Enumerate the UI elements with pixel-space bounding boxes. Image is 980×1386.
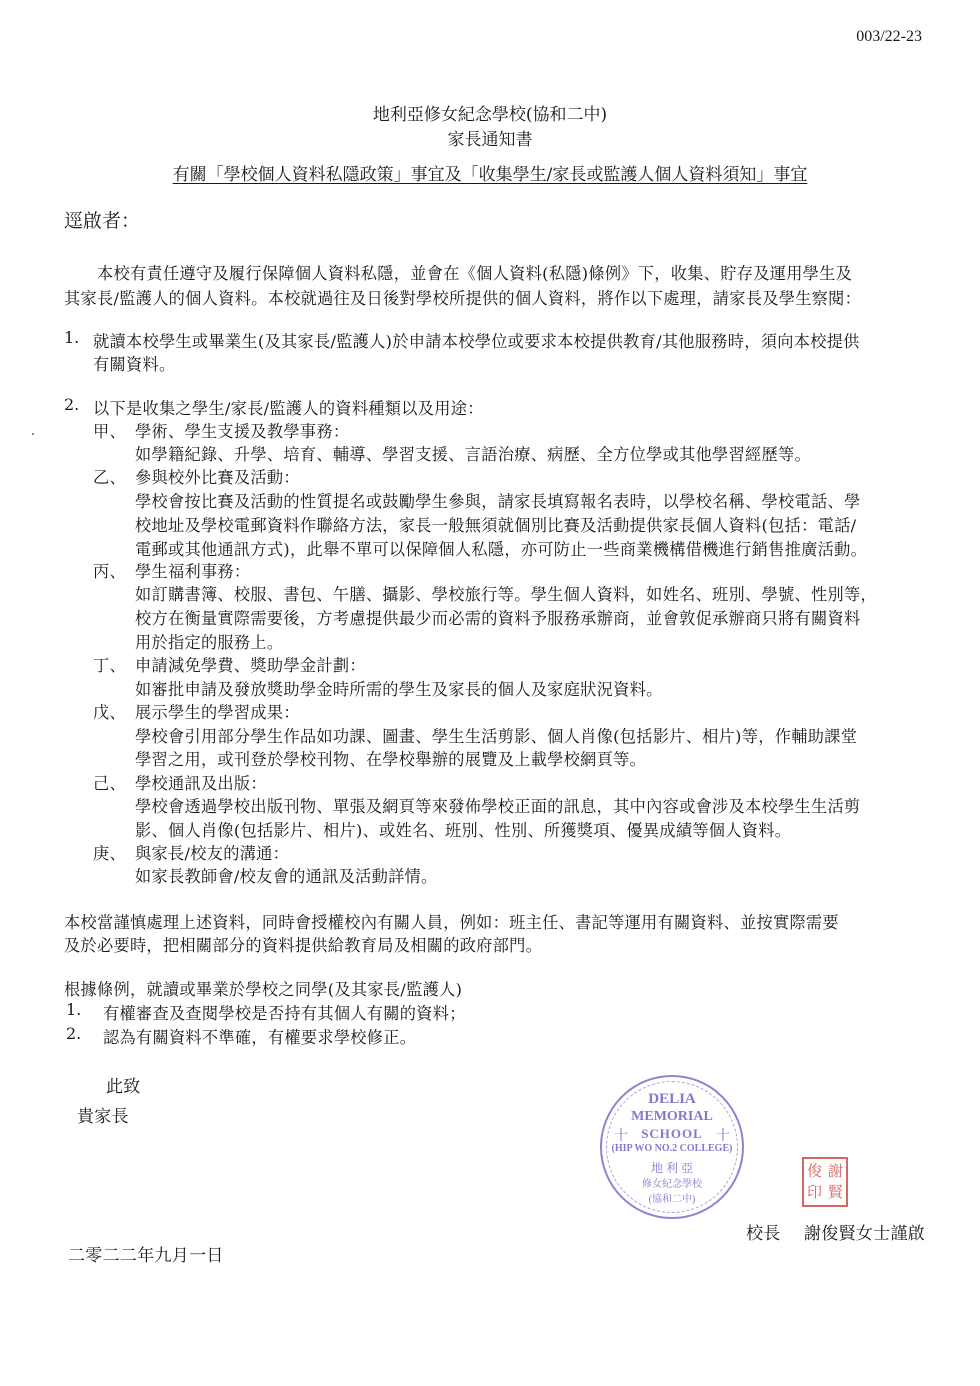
category-line: 如審批申請及發放獎助學金時所需的學生及家長的個人及家庭狀況資料。 bbox=[135, 676, 663, 700]
letter-date: 二零二二年九月一日 bbox=[68, 1241, 224, 1266]
seal-char: 賢 bbox=[825, 1182, 846, 1203]
intro-line: 其家長/監護人的個人資料。本校就過往及日後對學校所提供的個人資料，將作以下處理，… bbox=[64, 285, 861, 309]
rights-item: 有權審查及查閱學校是否持有其個人有關的資料； bbox=[103, 1000, 466, 1024]
point-number: 2. bbox=[64, 395, 79, 414]
reference-number: 003/22-23 bbox=[856, 28, 922, 46]
rights-intro: 根據條例，就讀或畢業於學校之同學(及其家長/監護人) bbox=[64, 976, 462, 1000]
stamp-text: 修女紀念學校 bbox=[602, 1175, 742, 1190]
category-heading: 學生福利事務： bbox=[135, 558, 250, 582]
category-label: 庚、 bbox=[93, 840, 126, 864]
category-label: 甲、 bbox=[93, 418, 126, 442]
handling-line: 本校當謹慎處理上述資料，同時會授權校內有關人員，例如：班主任、書記等運用有關資料… bbox=[64, 909, 839, 933]
category-heading: 展示學生的學習成果： bbox=[135, 699, 300, 723]
category-label: 戊、 bbox=[93, 699, 126, 723]
salutation: 逕啟者： bbox=[64, 206, 140, 233]
seal-char: 印 bbox=[804, 1182, 825, 1203]
closing: 此致 bbox=[106, 1072, 141, 1097]
category-label: 乙、 bbox=[93, 464, 126, 488]
stamp-text: 地 利 亞 bbox=[602, 1159, 742, 1176]
scan-speck bbox=[32, 433, 34, 435]
seal-char: 謝 bbox=[825, 1161, 846, 1182]
stamp-text: (協和二中) bbox=[602, 1190, 742, 1205]
category-line: 校方在衡量實際需要後，方考慮提供最少而必需的資料予服務承辦商，並會敦促承辦商只將… bbox=[135, 605, 860, 629]
category-heading: 與家長/校友的溝通： bbox=[135, 840, 289, 864]
category-heading: 學術、學生支援及教學事務： bbox=[135, 418, 349, 442]
category-line: 校地址及學校電郵資料作聯絡方法，家長一般無須就個別比賽及活動提供家長個人資料(包… bbox=[135, 512, 856, 536]
point-line: 就讀本校學生或畢業生(及其家長/監護人)於申請本校學位或要求本校提供教育/其他服… bbox=[93, 328, 860, 352]
stamp-text: DELIA bbox=[602, 1091, 742, 1108]
rights-item: 認為有關資料不準確，有權要求學校修正。 bbox=[103, 1024, 416, 1048]
stamp-text: (HIP WO NO.2 COLLEGE) bbox=[602, 1143, 742, 1154]
category-line: 影、個人肖像(包括影片、相片)、或姓名、班別、性別、所獲獎項、優異成績等個人資料… bbox=[135, 817, 791, 841]
category-line: 學校會透過學校出版刊物、單張及網頁等來發佈學校正面的訊息，其中內容或會涉及本校學… bbox=[135, 793, 860, 817]
category-line: 學校會按比賽及活動的性質提名或鼓勵學生參與，請家長填寫報名表時，以學校名稱、學校… bbox=[135, 488, 860, 512]
category-label: 己、 bbox=[93, 770, 126, 794]
signatory-name: 謝俊賢女士謹啟 bbox=[804, 1219, 925, 1244]
seal-char: 俊 bbox=[804, 1161, 825, 1182]
category-label: 丁、 bbox=[93, 652, 126, 676]
point-line: 有關資料。 bbox=[93, 351, 175, 375]
point-number: 1. bbox=[64, 328, 79, 347]
handling-line: 及於必要時，把相關部分的資料提供給教育局及相關的政府部門。 bbox=[64, 932, 542, 956]
category-line: 電郵或其他通訊方式)，此舉不單可以保障個人私隱，亦可防止一些商業機構借機進行銷售… bbox=[135, 536, 867, 560]
cross-icon: 十 bbox=[614, 1125, 628, 1145]
category-line: 用於指定的服務上。 bbox=[135, 629, 283, 653]
school-name: 地利亞修女紀念學校(協和二中) bbox=[0, 100, 980, 125]
category-line: 學習之用，或刊登於學校刊物、在學校舉辦的展覽及上載學校網頁等。 bbox=[135, 746, 646, 770]
stamp-text: MEMORIAL bbox=[602, 1109, 742, 1125]
rights-number: 2. bbox=[66, 1024, 81, 1043]
category-line: 學校會引用部分學生作品如功課、圖畫、學生生活剪影、個人肖像(包括影片、相片)等，… bbox=[135, 723, 857, 747]
cross-icon: 十 bbox=[716, 1125, 730, 1145]
subject-line: 有關「學校個人資料私隱政策」事宜及「收集學生/家長或監護人個人資料須知」事宜 bbox=[0, 160, 980, 185]
principal-seal: 俊 謝 印 賢 bbox=[802, 1157, 848, 1207]
school-stamp: DELIA MEMORIAL SCHOOL 十 十 (HIP WO NO.2 C… bbox=[600, 1075, 744, 1219]
category-line: 如學籍紀錄、升學、培育、輔導、學習支援、言語治療、病歷、全方位學或其他學習經歷等… bbox=[135, 441, 811, 465]
rights-number: 1. bbox=[66, 1000, 81, 1019]
category-line: 如訂購書簿、校服、書包、午膳、攝影、學校旅行等。學生個人資料，如姓名、班別、學號… bbox=[135, 581, 877, 605]
addressee: 貴家長 bbox=[77, 1102, 129, 1127]
category-heading: 申請減免學費、獎助學金計劃： bbox=[135, 652, 366, 676]
category-line: 如家長教師會/校友會的通訊及活動詳情。 bbox=[135, 863, 438, 887]
point-line: 以下是收集之學生/家長/監護人的資料種類以及用途： bbox=[93, 395, 484, 419]
category-label: 丙、 bbox=[93, 558, 126, 582]
intro-line: 本校有責任遵守及履行保障個人資料私隱，並會在《個人資料(私隱)條例》下，收集、貯… bbox=[64, 260, 852, 284]
notice-title: 家長通知書 bbox=[0, 125, 980, 150]
signatory-title: 校長 bbox=[746, 1219, 781, 1244]
category-heading: 學校通訊及出版： bbox=[135, 770, 267, 794]
category-heading: 參與校外比賽及活動： bbox=[135, 464, 300, 488]
